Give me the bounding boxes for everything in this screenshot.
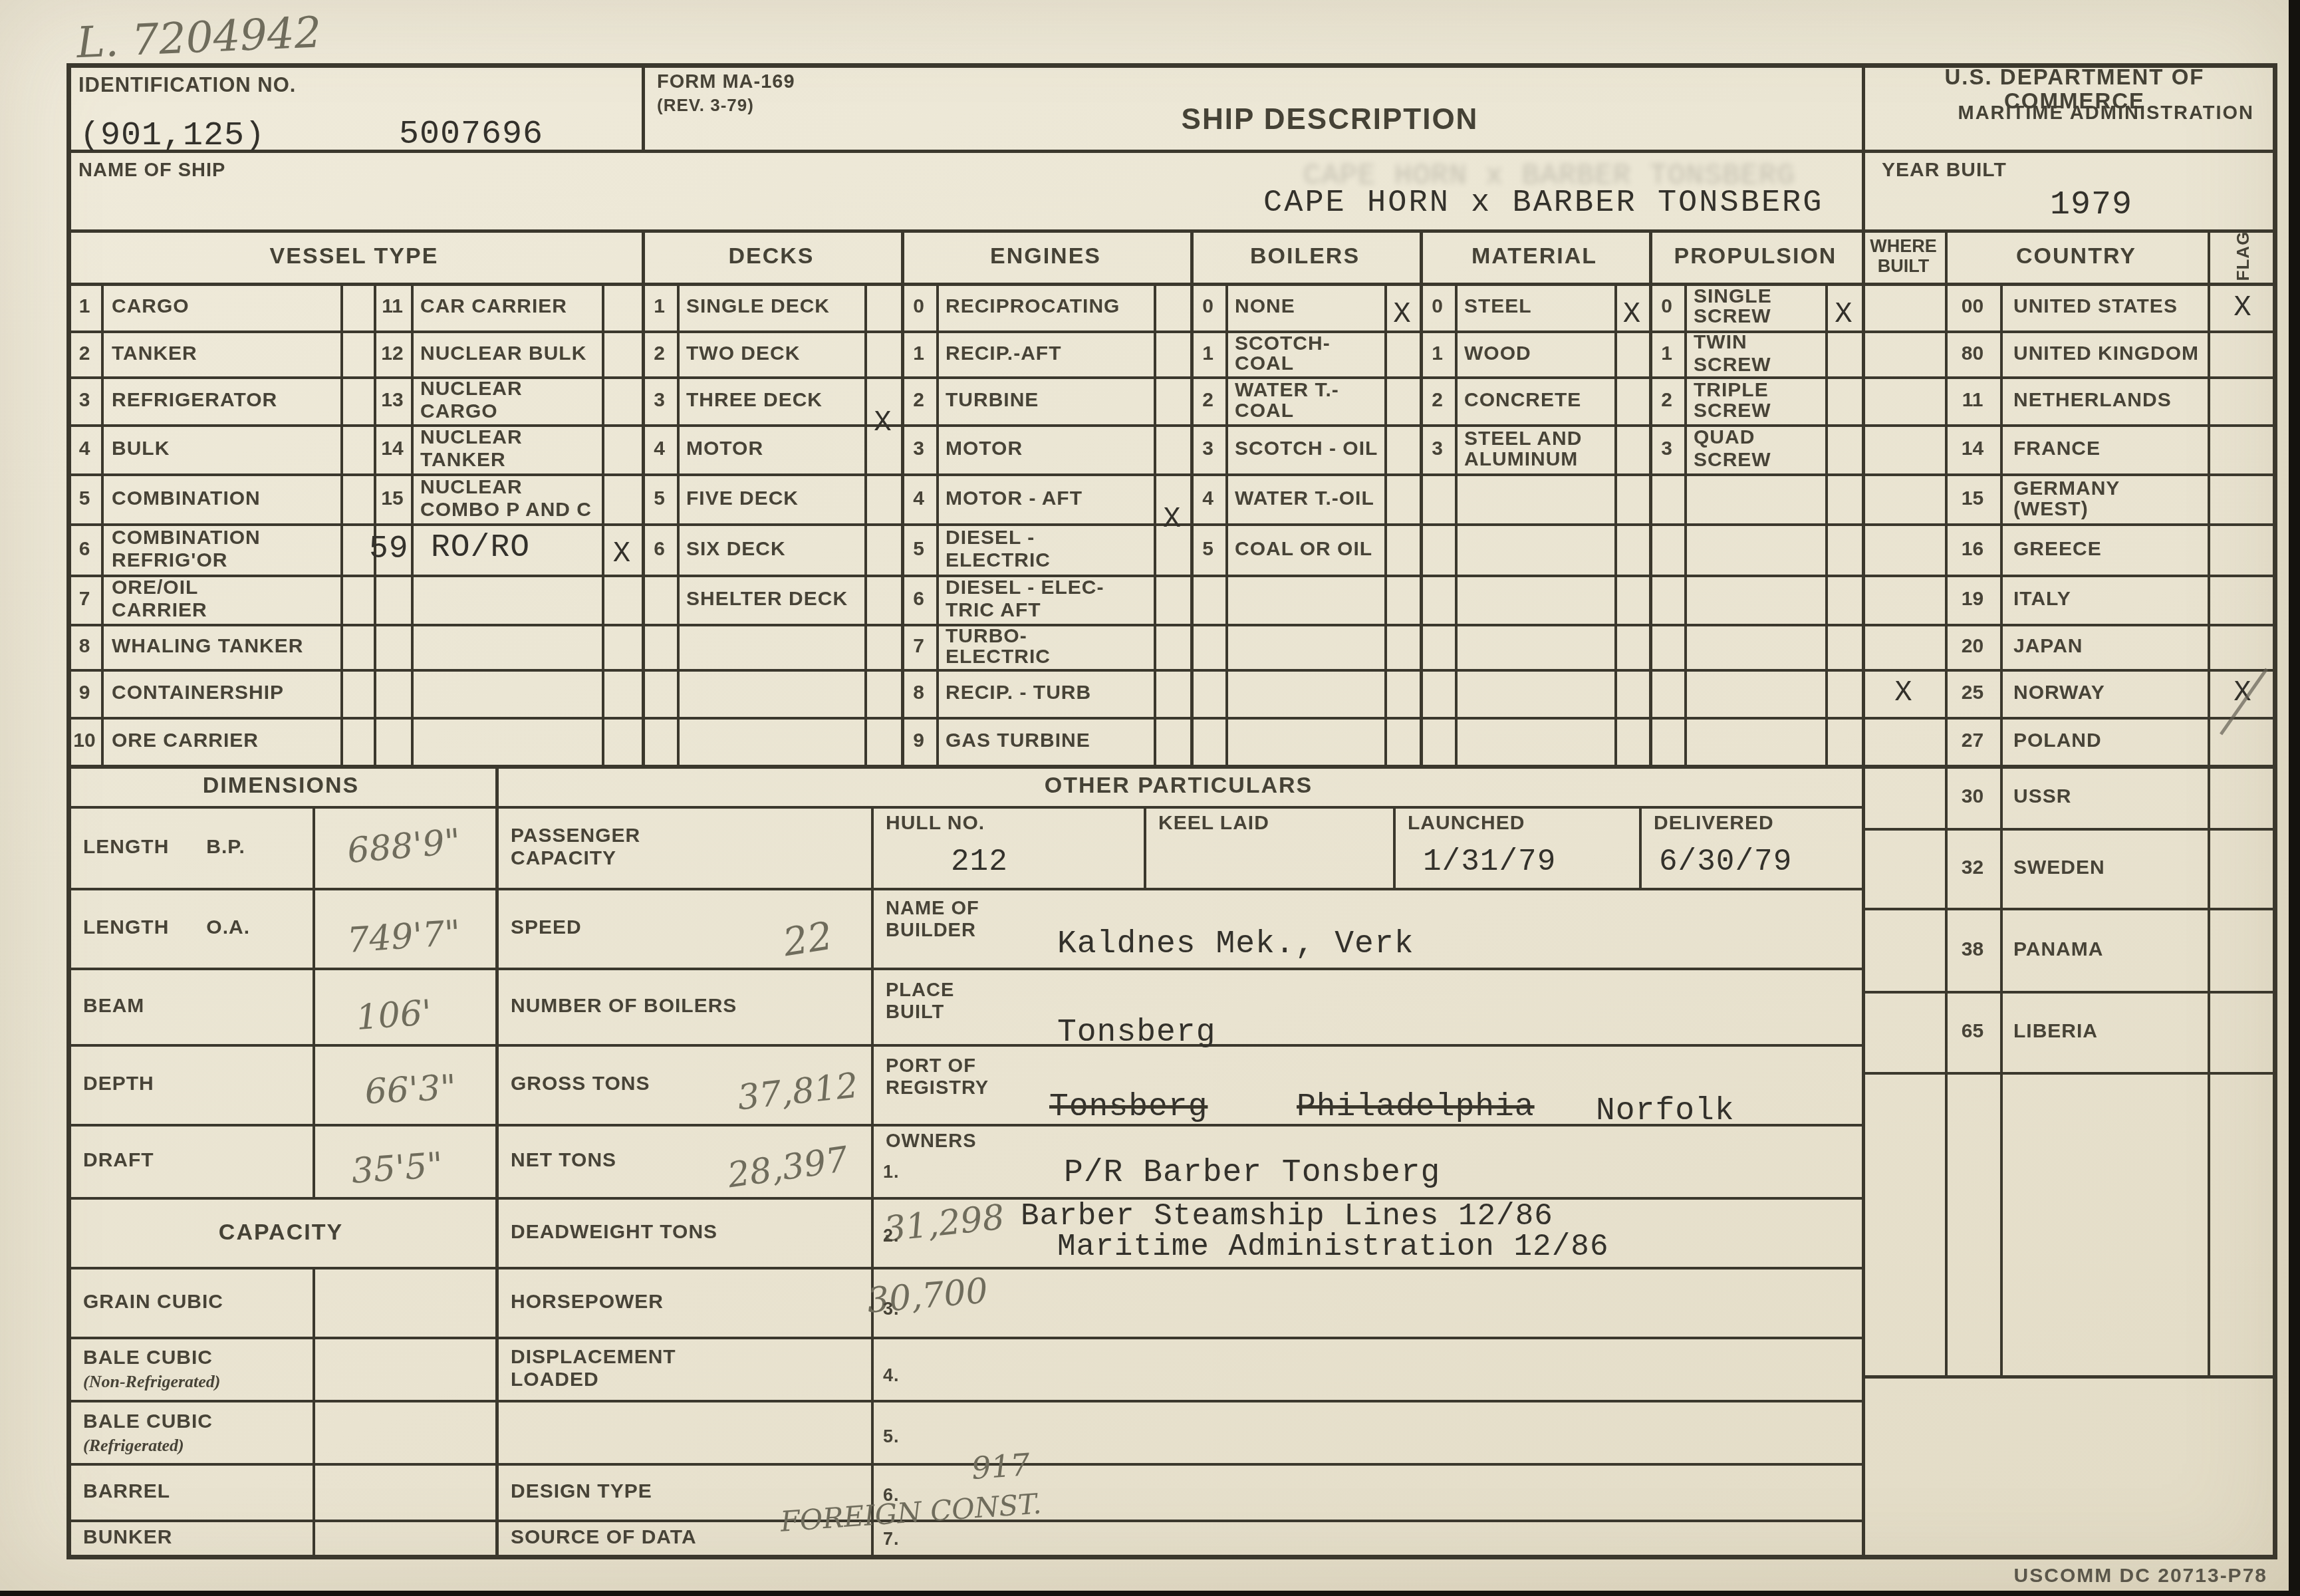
material-label-steel-aluminum: STEEL AND ALUMINUM <box>1464 424 1610 473</box>
horsepower-value: 30,700 <box>829 1259 1027 1335</box>
where-built-norway-checkmark: X <box>1862 669 1945 717</box>
country-code-panama: 38 <box>1948 908 1997 991</box>
vessel-code-12: 12 <box>375 331 410 376</box>
country-name-france: FRANCE <box>2013 424 2206 473</box>
decks-label-two: TWO DECK <box>686 331 859 376</box>
vessel-code-15: 15 <box>375 473 410 523</box>
engines-label-recip-turb: RECIP. - TURB <box>946 669 1148 717</box>
vessel-code-8: 8 <box>69 624 100 669</box>
vessel-label-combination-refrig: COMBINATION REFRIG'OR <box>112 523 338 575</box>
registry-struck-tonsberg: Tonsberg <box>1049 1089 1275 1127</box>
engines-header: ENGINES <box>901 229 1190 283</box>
grid-line <box>66 1337 1862 1339</box>
vessel-label-ore-oil: ORE/OIL CARRIER <box>112 575 338 624</box>
form-number-label: FORM MA-169 <box>657 70 896 93</box>
builder-value: Kaldnes Mek., Verk <box>1057 926 1656 964</box>
year-built-label: YEAR BUILT <box>1882 158 2121 182</box>
bale-cubic-nr-note: (Non-Refrigerated) <box>83 1370 309 1394</box>
vessel-code-4: 4 <box>69 424 100 473</box>
grid-line <box>495 765 499 1559</box>
engines-code-5: 5 <box>904 523 934 575</box>
material-label-steel: STEEL <box>1464 283 1610 331</box>
owner-row-6-number: 6. <box>883 1482 923 1508</box>
propulsion-code-0: 0 <box>1652 283 1682 331</box>
vessel-code-9: 9 <box>69 669 100 717</box>
boilers-label-coal-or-oil: COAL OR OIL <box>1235 523 1381 575</box>
propulsion-label-single-screw: SINGLE SCREW <box>1694 283 1823 331</box>
vessel-code-1: 1 <box>69 283 100 331</box>
country-name-sweden: SWEDEN <box>2013 828 2206 908</box>
propulsion-code-3: 3 <box>1652 424 1682 473</box>
propulsion-single-screw-checkmark: X <box>1825 293 1862 336</box>
keel-laid-label: KEEL LAID <box>1158 810 1378 837</box>
handwritten-id-note: L. 7204942 <box>76 0 543 71</box>
deadweight-tons-label: DEADWEIGHT TONS <box>511 1197 856 1267</box>
year-built-value: 1979 <box>2008 188 2174 223</box>
boilers-label-watert-coal: WATER T.- COAL <box>1235 376 1381 424</box>
decks-label-three: THREE DECK <box>686 376 859 424</box>
ship-name-value: CAPE HORN x BARBER TONSBERG <box>1263 185 1849 222</box>
vessel-label-combination: COMBINATION <box>112 473 338 523</box>
engines-label-turbo-electric: TURBO- ELECTRIC <box>946 624 1148 669</box>
engines-motor-aft-checkmark: X <box>1154 495 1190 543</box>
vessel-entry-code: 59 <box>369 527 422 573</box>
grid-line <box>1639 806 1642 888</box>
vessel-roro-checkmark: X <box>602 532 642 576</box>
vessel-label-nuclear-cargo: NUCLEAR CARGO <box>420 376 600 424</box>
propulsion-code-2: 2 <box>1652 376 1682 424</box>
paper-background: L. 7204942 <box>0 0 2289 1591</box>
grid-line <box>1144 806 1146 888</box>
place-built-value: Tonsberg <box>1057 1014 1456 1053</box>
depth-value: 66'3" <box>318 1053 504 1129</box>
vessel-code-6: 6 <box>69 523 100 575</box>
grid-line <box>1862 1072 2277 1075</box>
owner-row-1-number: 1. <box>883 1158 923 1185</box>
place-built-label: PLACE BUILT <box>886 976 1045 1026</box>
country-code-germany: 15 <box>1948 473 1997 523</box>
country-code-poland: 27 <box>1948 717 1997 765</box>
engines-code-3: 3 <box>904 424 934 473</box>
delivered-value: 6/30/79 <box>1659 843 1858 880</box>
owner-row-5-number: 5. <box>883 1423 923 1450</box>
owner-row-3-number: 3. <box>883 1295 923 1322</box>
engines-label-gas-turbine: GAS TURBINE <box>946 717 1148 765</box>
decks-code-2: 2 <box>644 331 674 376</box>
grid-line <box>66 1400 1862 1402</box>
vessel-label-car-carrier: CAR CARRIER <box>420 283 600 331</box>
country-name-italy: ITALY <box>2013 575 2206 624</box>
engines-label-reciprocating: RECIPROCATING <box>946 283 1148 331</box>
displacement-loaded-label: DISPLACEMENT LOADED <box>511 1337 856 1400</box>
engines-code-0: 0 <box>904 283 934 331</box>
vessel-label-refrigerator: REFRIGERATOR <box>112 376 338 424</box>
barrel-label: BARREL <box>83 1463 309 1520</box>
country-code-uk: 80 <box>1948 331 1997 376</box>
length-oa-value: 749'7" <box>311 898 497 978</box>
bale-cubic-nr-label: BALE CUBIC <box>83 1345 309 1371</box>
boilers-label-scotch-oil: SCOTCH - OIL <box>1235 424 1381 473</box>
boilers-code-3: 3 <box>1193 424 1223 473</box>
grid-line <box>313 1267 315 1559</box>
owner-2-line-2: Maritime Administration 12/86 <box>1057 1230 1709 1263</box>
grid-line <box>66 717 2277 720</box>
grid-line <box>66 624 2277 626</box>
material-header: MATERIAL <box>1420 229 1649 283</box>
flag-norway-checkmark: X <box>2210 669 2275 717</box>
country-code-greece: 16 <box>1948 523 1997 575</box>
delivered-label: DELIVERED <box>1654 810 1853 837</box>
decks-label-single: SINGLE DECK <box>686 283 859 331</box>
propulsion-label-quad-screw: QUAD SCREW <box>1694 424 1823 473</box>
page-title: SHIP DESCRIPTION <box>931 100 1729 140</box>
vessel-label-containership: CONTAINERSHIP <box>112 669 338 717</box>
owner-1-value: P/R Barber Tonsberg <box>1064 1154 1662 1193</box>
length-bp-value: 688'9" <box>310 806 498 888</box>
engines-label-diesel-electric-aft: DIESEL - ELEC- TRIC AFT <box>946 575 1148 624</box>
country-name-greece: GREECE <box>2013 523 2206 575</box>
country-code-norway: 25 <box>1948 669 1997 717</box>
decks-code-6: 6 <box>644 523 674 575</box>
decks-code-1: 1 <box>644 283 674 331</box>
boilers-label-watert-oil: WATER T.-OIL <box>1235 473 1381 523</box>
country-name-ussr: USSR <box>2013 765 2206 828</box>
horsepower-label: HORSEPOWER <box>511 1267 856 1337</box>
decks-label-motor: MOTOR <box>686 424 859 473</box>
country-name-us: UNITED STATES <box>2013 283 2206 331</box>
flag-us-checkmark: X <box>2210 286 2275 330</box>
propulsion-header: PROPULSION <box>1649 229 1862 283</box>
engines-label-motor-aft: MOTOR - AFT <box>946 473 1148 523</box>
grid-line <box>642 63 645 150</box>
boilers-code-5: 5 <box>1193 523 1223 575</box>
country-name-germany: GERMANY (WEST) <box>2013 473 2206 523</box>
country-code-ussr: 30 <box>1948 765 1997 828</box>
decks-label-six: SIX DECK <box>686 523 859 575</box>
owner-2-line-1: Barber Steamship Lines 12/86 <box>1021 1200 1672 1233</box>
vessel-code-5: 5 <box>69 473 100 523</box>
length-oa-label: LENGTH O.A. <box>83 888 309 968</box>
propulsion-code-1: 1 <box>1652 331 1682 376</box>
vessel-code-14: 14 <box>375 424 410 473</box>
engines-code-2: 2 <box>904 376 934 424</box>
grid-line <box>66 150 2277 153</box>
registry-struck-philadelphia: Philadelphia <box>1297 1089 1583 1127</box>
material-steel-checkmark: X <box>1614 293 1649 336</box>
where-built-header: WHERE BUILT <box>1862 229 1945 283</box>
country-code-sweden: 32 <box>1948 828 1997 908</box>
vessel-label-ore-carrier: ORE CARRIER <box>112 717 338 765</box>
vessel-label-bulk: BULK <box>112 424 338 473</box>
boilers-label-none: NONE <box>1235 283 1381 331</box>
owner-row-4-number: 4. <box>883 1362 923 1389</box>
launched-label: LAUNCHED <box>1408 810 1627 837</box>
country-code-italy: 19 <box>1948 575 1997 624</box>
engines-code-8: 8 <box>904 669 934 717</box>
beam-value: 106' <box>301 977 487 1056</box>
identification-value: 5007696 <box>399 118 632 152</box>
decks-label-shelter: SHELTER DECK <box>686 575 866 624</box>
material-code-0: 0 <box>1422 283 1452 331</box>
vessel-label-nuclear-combo: NUCLEAR COMBO P AND C <box>420 473 600 523</box>
form-revision-label: (REV. 3-79) <box>657 94 896 116</box>
country-header: COUNTRY <box>1945 229 2208 283</box>
vessel-entry-roro: RO/RO <box>431 525 597 572</box>
flag-header: FLAG <box>2214 221 2271 291</box>
grid-line <box>1393 806 1396 888</box>
hull-no-label: HULL NO. <box>886 810 1118 837</box>
number-of-boilers-label: NUMBER OF BOILERS <box>511 968 856 1044</box>
country-code-japan: 20 <box>1948 624 1997 669</box>
vessel-code-3: 3 <box>69 376 100 424</box>
boilers-header: BOILERS <box>1190 229 1420 283</box>
vessel-label-nuclear-tanker: NUCLEAR TANKER <box>420 424 600 473</box>
country-code-france: 14 <box>1948 424 1997 473</box>
propulsion-label-triple-screw: TRIPLE SCREW <box>1694 376 1823 424</box>
country-name-netherlands: NETHERLANDS <box>2013 376 2206 424</box>
engines-code-6: 6 <box>904 575 934 624</box>
depth-label: DEPTH <box>83 1044 309 1124</box>
material-code-3: 3 <box>1422 424 1452 473</box>
decks-code-3: 3 <box>644 376 674 424</box>
decks-label-five: FIVE DECK <box>686 473 859 523</box>
grid-line <box>66 575 2277 577</box>
country-name-uk: UNITED KINGDOM <box>2013 331 2206 376</box>
material-code-1: 1 <box>1422 331 1452 376</box>
registry-value-norfolk: Norfolk <box>1596 1093 1815 1130</box>
material-label-concrete: CONCRETE <box>1464 376 1610 424</box>
port-of-registry-label: PORT OF REGISTRY <box>886 1052 1059 1102</box>
draft-label: DRAFT <box>83 1124 309 1197</box>
boilers-none-checkmark: X <box>1384 293 1420 336</box>
vessel-type-header: VESSEL TYPE <box>66 229 642 283</box>
name-of-builder-label: NAME OF BUILDER <box>886 894 1045 944</box>
boilers-code-0: 0 <box>1193 283 1223 331</box>
bale-cubic-r-label: BALE CUBIC <box>83 1408 309 1435</box>
source-of-data-label: SOURCE OF DATA <box>511 1520 856 1555</box>
identification-value-paren: (901,125) <box>80 120 346 153</box>
owners-label: OWNERS <box>886 1129 1045 1153</box>
vessel-label-tanker: TANKER <box>112 331 338 376</box>
engines-code-1: 1 <box>904 331 934 376</box>
grid-line <box>1862 1375 2277 1379</box>
beam-label: BEAM <box>83 968 309 1044</box>
owner-row-2-number: 2. <box>883 1222 923 1249</box>
vessel-code-13: 13 <box>375 376 410 424</box>
decks-code-5: 5 <box>644 473 674 523</box>
engines-code-9: 9 <box>904 717 934 765</box>
engines-label-motor: MOTOR <box>946 424 1148 473</box>
engines-label-diesel-electric: DIESEL - ELECTRIC <box>946 523 1148 575</box>
vessel-label-nuclear-bulk: NUCLEAR BULK <box>420 331 600 376</box>
material-code-2: 2 <box>1422 376 1452 424</box>
grain-cubic-label: GRAIN CUBIC <box>83 1267 309 1337</box>
country-code-netherlands: 11 <box>1948 376 1997 424</box>
boilers-code-2: 2 <box>1193 376 1223 424</box>
country-name-japan: JAPAN <box>2013 624 2206 669</box>
vessel-label-whaling-tanker: WHALING TANKER <box>112 624 338 669</box>
footer-print-code: USCOMM DC 20713-P78 <box>1795 1564 2267 1588</box>
capacity-header: CAPACITY <box>66 1197 495 1267</box>
owner-row-7-number: 7. <box>883 1526 923 1552</box>
engines-label-recip-aft: RECIP.-AFT <box>946 331 1148 376</box>
country-code-liberia: 65 <box>1948 991 1997 1072</box>
grid-line <box>66 1555 2277 1559</box>
vessel-code-7: 7 <box>69 575 100 624</box>
name-of-ship-label: NAME OF SHIP <box>78 158 344 182</box>
identification-label: IDENTIFICATION NO. <box>78 72 477 98</box>
hull-no-value: 212 <box>951 843 1117 880</box>
engines-code-4: 4 <box>904 473 934 523</box>
engines-label-turbine: TURBINE <box>946 376 1148 424</box>
grid-line <box>2208 229 2210 1375</box>
agency-name: U.S. DEPARTMENT OF COMMERCE <box>1882 77 2267 101</box>
country-name-panama: PANAMA <box>2013 908 2206 991</box>
grid-line <box>1862 63 1865 1559</box>
passenger-capacity-label: PASSENGER CAPACITY <box>511 806 856 888</box>
engines-code-7: 7 <box>904 624 934 669</box>
decks-three-checkmark: X <box>864 399 901 447</box>
country-name-poland: POLAND <box>2013 717 2206 765</box>
country-name-norway: NORWAY <box>2013 669 2206 717</box>
dimensions-header: DIMENSIONS <box>66 765 495 806</box>
scanned-form-ship-description: L. 7204942 <box>0 0 2300 1596</box>
grid-line <box>66 806 1862 809</box>
grid-line <box>66 888 1862 890</box>
bale-cubic-r-note: (Refrigerated) <box>83 1434 309 1458</box>
vessel-code-10: 10 <box>69 717 100 765</box>
propulsion-label-twin-screw: TWIN SCREW <box>1694 331 1823 376</box>
decks-code-4: 4 <box>644 424 674 473</box>
material-label-wood: WOOD <box>1464 331 1610 376</box>
boilers-code-1: 1 <box>1193 331 1223 376</box>
bunker-label: BUNKER <box>83 1520 309 1555</box>
decks-header: DECKS <box>642 229 901 283</box>
country-name-liberia: LIBERIA <box>2013 991 2206 1072</box>
launched-value: 1/31/79 <box>1423 843 1629 880</box>
country-code-us: 00 <box>1948 283 1997 331</box>
boilers-label-scotch-coal: SCOTCH- COAL <box>1235 331 1381 376</box>
vessel-code-11: 11 <box>375 283 410 331</box>
vessel-code-2: 2 <box>69 331 100 376</box>
length-bp-label: LENGTH B.P. <box>83 806 309 888</box>
grid-line <box>66 669 2277 672</box>
other-particulars-header: OTHER PARTICULARS <box>495 765 1862 806</box>
agency-division: MARITIME ADMINISTRATION <box>1882 102 2254 124</box>
boilers-code-4: 4 <box>1193 473 1223 523</box>
vessel-label-cargo: CARGO <box>112 283 338 331</box>
